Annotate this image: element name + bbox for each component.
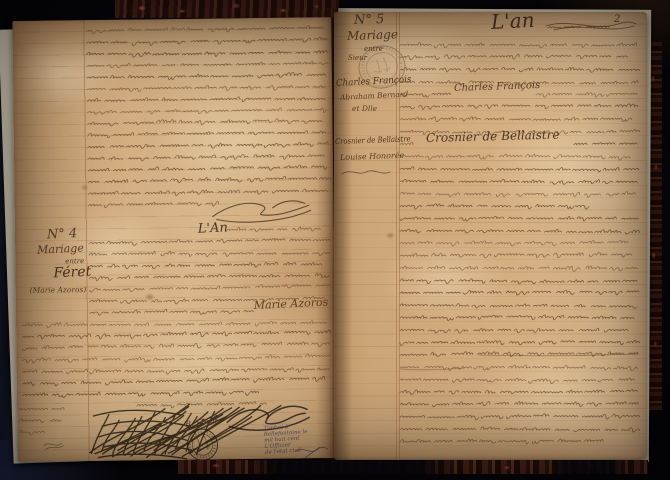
ink-scribble-cancellation xyxy=(90,403,282,460)
handwriting-line xyxy=(399,266,638,272)
handwriting-line xyxy=(88,249,330,258)
handwriting-line xyxy=(89,273,330,281)
handwriting-line xyxy=(19,430,45,435)
folio-page-number: 2 xyxy=(614,15,620,25)
left-act2-opening: L'An xyxy=(198,221,229,235)
handwriting-line xyxy=(22,330,331,340)
left-margin-bride-name: (Marie Azoros) xyxy=(30,286,87,294)
handwriting-line xyxy=(88,176,331,184)
right-margin-sieur: Sieur xyxy=(348,55,367,62)
handwriting-line xyxy=(399,328,628,333)
handwriting-line xyxy=(535,93,637,98)
handwriting-line xyxy=(399,439,603,444)
handwriting-line xyxy=(22,354,331,364)
right-inline-bride-name: Crosnier de Bellaistre xyxy=(426,129,560,144)
handwriting-line xyxy=(22,376,325,386)
handwriting-line xyxy=(399,378,634,383)
handwriting-line xyxy=(400,104,639,110)
left-inline-bride-name: Marie Azoros xyxy=(254,297,329,311)
handwriting-line xyxy=(88,165,328,173)
book-edge-top xyxy=(115,0,339,18)
right-margin-act-type: Mariage xyxy=(347,28,398,42)
handwriting-line xyxy=(87,118,322,126)
right-page: L'an 2 N° 5 Mariage entre Sieur Charles … xyxy=(334,12,647,459)
handwriting-line xyxy=(399,192,636,198)
handwriting-line xyxy=(88,201,219,208)
right-margin-entre: entre xyxy=(364,46,383,53)
handwriting-line xyxy=(399,167,639,172)
handwriting-line xyxy=(89,308,254,316)
handwriting-line xyxy=(400,402,640,407)
handwriting-line xyxy=(399,43,637,48)
handwriting-line xyxy=(87,107,327,115)
handwriting-line xyxy=(21,320,327,329)
handwriting-line xyxy=(399,216,638,221)
book-edge-bottom xyxy=(178,460,648,474)
handwriting-line xyxy=(87,95,326,103)
register-photo: N° 4 Mariage entre Féret (Marie Azoros) … xyxy=(0,0,670,480)
handwriting-line xyxy=(400,290,640,295)
right-margin-conjunction: et Dlle xyxy=(352,105,377,113)
handwriting-line xyxy=(19,418,62,422)
left-margin-act-type: Mariage xyxy=(37,242,84,255)
handwriting-line xyxy=(227,226,322,232)
handwriting-line xyxy=(86,61,328,68)
left-margin-groom-name: Féret xyxy=(53,265,91,281)
handwriting-line xyxy=(399,279,637,284)
left-page: N° 4 Mariage entre Féret (Marie Azoros) … xyxy=(12,17,336,462)
handwriting-line xyxy=(399,204,589,209)
left-stamp-note: Timbré à Bellefontaine le mil huit cent … xyxy=(263,423,309,456)
handwriting-line xyxy=(87,153,325,161)
handwriting-line xyxy=(22,366,331,376)
signature-flourish xyxy=(43,443,63,449)
handwriting-line xyxy=(399,240,628,246)
handwriting-line xyxy=(400,117,633,122)
left-margin-act-number: N° 4 xyxy=(47,227,78,241)
handwriting-line xyxy=(86,25,324,34)
right-act-opening: L'an xyxy=(490,10,535,32)
handwriting-line xyxy=(136,402,266,409)
handwriting-line xyxy=(86,37,328,46)
handwriting-line xyxy=(399,179,637,184)
handwriting-line xyxy=(399,315,634,321)
underline-stroke xyxy=(400,368,464,370)
handwriting-line xyxy=(86,72,326,81)
signature-flourish xyxy=(546,22,636,30)
handwriting-line xyxy=(399,229,640,234)
handwriting-line xyxy=(400,67,641,72)
handwriting-line xyxy=(400,252,633,258)
handwriting-line xyxy=(89,262,323,270)
handwriting-line xyxy=(19,408,65,411)
handwriting-line xyxy=(399,427,640,432)
handwriting-line xyxy=(87,130,326,138)
handwriting-line xyxy=(86,49,328,58)
handwriting-line xyxy=(89,238,331,246)
handwriting-line xyxy=(87,84,327,92)
right-margin-act-number: N° 5 xyxy=(354,13,385,27)
handwriting-line xyxy=(400,54,629,59)
handwriting-line xyxy=(89,284,331,292)
handwriting-line xyxy=(22,390,259,398)
handwriting-line xyxy=(399,154,631,160)
handwriting-line xyxy=(88,189,328,197)
signature-flourish xyxy=(342,171,390,174)
handwriting-line xyxy=(399,340,640,345)
handwriting-line xyxy=(399,390,637,395)
handwriting-line xyxy=(22,341,330,350)
handwriting-line xyxy=(399,414,640,420)
handwriting-line xyxy=(574,143,637,145)
handwriting-line xyxy=(87,142,328,150)
handwriting-line xyxy=(399,304,637,309)
